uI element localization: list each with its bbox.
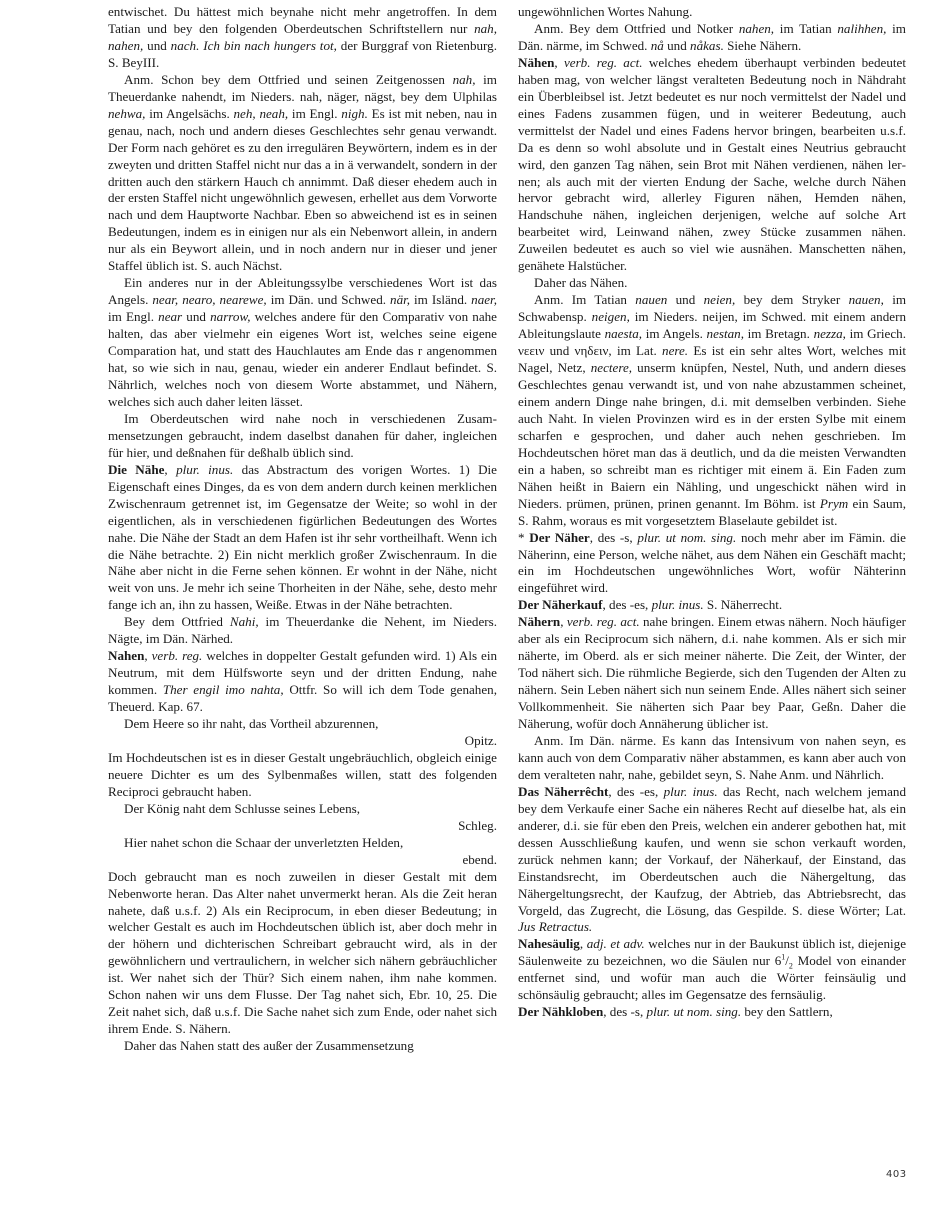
italic-term: plur. inus. xyxy=(664,784,718,799)
paragraph: Anm. Schon bey dem Ottfried und seinen Z… xyxy=(108,72,497,275)
dictionary-entry: Das Näherrêcht, des -es, plur. inus. das… xyxy=(518,784,906,937)
paragraph: Anm. Bey dem Ottfried und Notker nahen, … xyxy=(518,21,906,55)
italic-term: near xyxy=(158,309,182,324)
italic-term: plur. ut nom. sing. xyxy=(637,530,736,545)
text-run: ebend. xyxy=(462,852,497,867)
dictionary-entry: Nähern, verb. reg. act. nahe bringen. Ei… xyxy=(518,614,906,733)
dictionary-entry: Nähen, verb. reg. act. welches ehedem üb… xyxy=(518,55,906,275)
text-run: Doch gebraucht man es noch zuweilen in d… xyxy=(108,869,497,1037)
text-run: Daher das Nähen. xyxy=(534,275,627,290)
italic-term: neigen, xyxy=(592,309,630,324)
paragraph: Daher das Nähen. xyxy=(518,275,906,292)
text-run: im Engl. xyxy=(108,309,158,324)
paragraph: entwischet. Du hättest mich beynahe nich… xyxy=(108,4,497,72)
dictionary-entry: Der Näherkauf, des -es, plur. inus. S. N… xyxy=(518,597,906,614)
italic-term: nere. xyxy=(662,343,688,358)
text-run: im Angelsächs. xyxy=(145,106,233,121)
text-run: Der König naht dem Schlusse seines Leben… xyxy=(124,801,360,816)
text-run: Es ist mit neben, nau in genau, nach, no… xyxy=(108,106,497,274)
text-run: Siehe Nähern. xyxy=(724,38,801,53)
text-run: im Isländ. xyxy=(410,292,471,307)
italic-term: Nahi, xyxy=(230,614,259,629)
italic-term: nestan, xyxy=(707,326,744,341)
dictionary-entry: Nahen, verb. reg. welches in doppelter G… xyxy=(108,648,497,716)
verse-quote: Daher das Nahen statt des außer der Zusa… xyxy=(108,1038,497,1055)
text-run: entwischet. Du hättest mich beynahe nich… xyxy=(108,4,497,36)
italic-term: Prym xyxy=(820,496,848,511)
italic-term: nigh. xyxy=(341,106,368,121)
paragraph: Anm. Im Tatian nauen und neien, bey dem … xyxy=(518,292,906,529)
text-run: , xyxy=(144,648,151,663)
italic-term: nå xyxy=(651,38,664,53)
left-column: entwischet. Du hättest mich beynahe nich… xyxy=(108,4,497,1055)
italic-term: nauen, xyxy=(849,292,884,307)
headword: Nähern xyxy=(518,614,560,629)
headword: Der Näherkauf xyxy=(518,597,603,612)
text-run: * xyxy=(518,530,529,545)
verse-quote: Dem Heere so ihr naht, das Vortheil abzu… xyxy=(108,716,497,733)
text-run: un­serm knüpfen, Nestel, Nuth, und ander… xyxy=(518,360,906,511)
italic-term: neh, neah, xyxy=(234,106,289,121)
italic-term: naer, xyxy=(471,292,497,307)
italic-term: verb. reg. xyxy=(152,648,203,663)
italic-term: narrow, xyxy=(210,309,250,324)
italic-term: near, nearo, nearewe, xyxy=(152,292,266,307)
italic-term: Jus Retractus. xyxy=(518,919,592,934)
text-run: , xyxy=(554,55,564,70)
paragraph: Anm. Im Dän. närme. Es kann das Intensiv… xyxy=(518,733,906,784)
quote-source: Opitz. xyxy=(108,733,497,750)
text-run: und xyxy=(182,309,210,324)
italic-term: plur. inus. xyxy=(652,597,704,612)
text-run: Im Oberdeutschen wird nahe noch in versc… xyxy=(108,411,497,460)
text-run: im Bretagn. xyxy=(744,326,814,341)
page-number: 403 xyxy=(886,1169,907,1180)
italic-term: plur. ut nom. sing. xyxy=(647,1004,742,1019)
text-run: welches ehedem überhaupt verbinden bedeu… xyxy=(518,55,906,273)
dictionary-entry: Nahesäulig, adj. et adv. welches nur in … xyxy=(518,936,906,1004)
text-run: Bey dem Ottfried xyxy=(124,614,230,629)
text-run: Im Hochdeutschen ist es in dieser Gestal… xyxy=(108,750,497,799)
verse-quote: Der König naht dem Schlusse seines Leben… xyxy=(108,801,497,818)
paragraph: Bey dem Ottfried Nahi, im Theuerdanke di… xyxy=(108,614,497,648)
text-run: und xyxy=(143,38,170,53)
text-run: und xyxy=(667,292,703,307)
italic-term: nezza, xyxy=(814,326,846,341)
text-run: Opitz. xyxy=(465,733,497,748)
italic-term: nach. Ich bin nach hungers tot, xyxy=(171,38,337,53)
headword: Der Nähkloben xyxy=(518,1004,603,1019)
headword: Nähen xyxy=(518,55,554,70)
text-run: im Angels. xyxy=(642,326,706,341)
right-column: ungewöhnlichen Wortes Nahung.Anm. Bey de… xyxy=(518,4,906,1021)
text-run: im Engl. xyxy=(288,106,341,121)
italic-term: adj. et adv. xyxy=(587,936,645,951)
paragraph: Im Hochdeutschen ist es in dieser Gestal… xyxy=(108,750,497,801)
text-run: , des -s, xyxy=(590,530,638,545)
text-run: , xyxy=(164,462,176,477)
headword: Die Nähe xyxy=(108,462,164,477)
italic-term: naesta, xyxy=(605,326,642,341)
italic-term: nåkas. xyxy=(690,38,724,53)
italic-term: nectere, xyxy=(591,360,632,375)
headword: Der Näher xyxy=(529,530,589,545)
text-run: Anm. Schon bey dem Ottfried und seinen Z… xyxy=(124,72,453,87)
text-run: Anm. Im Tatian xyxy=(534,292,635,307)
dictionary-entry: Der Nähkloben, des -s, plur. ut nom. sin… xyxy=(518,1004,906,1021)
text-run: Anm. Bey dem Ottfried und Notker xyxy=(534,21,739,36)
text-run: , des -s, xyxy=(603,1004,646,1019)
headword: Nahesäulig xyxy=(518,936,580,951)
quote-source: ebend. xyxy=(108,852,497,869)
italic-term: nauen xyxy=(635,292,667,307)
italic-term: Ther engil imo nahta, xyxy=(163,682,284,697)
italic-term: nehwa, xyxy=(108,106,145,121)
text-run: das Abstractum des vorigen Wortes. 1) Di… xyxy=(108,462,497,613)
text-run: bey den Sattlern, xyxy=(741,1004,833,1019)
verse-quote: Hier nahet schon die Schaar der unverlet… xyxy=(108,835,497,852)
text-run: nahe bringen. Einem etwas nähern. Noch h… xyxy=(518,614,906,731)
headword: Nahen xyxy=(108,648,144,663)
italic-term: verb. reg. act. xyxy=(567,614,640,629)
italic-term: nah, xyxy=(453,72,476,87)
text-run: ungewöhnlichen Wortes Nahung. xyxy=(518,4,692,19)
text-run: das Recht, nach welchem jemand bey dem V… xyxy=(518,784,906,918)
text-run: S. Näherrecht. xyxy=(704,597,783,612)
paragraph: ungewöhnlichen Wortes Nahung. xyxy=(518,4,906,21)
text-run: , des -es, xyxy=(603,597,652,612)
text-run: , xyxy=(580,936,587,951)
italic-term: plur. inus. xyxy=(176,462,233,477)
italic-term: nalih­hen, xyxy=(837,21,886,36)
text-run: und xyxy=(664,38,690,53)
dictionary-entry: * Der Näher, des -s, plur. ut nom. sing.… xyxy=(518,530,906,598)
paragraph: Ein anderes nur in der Ableitungssylbe v… xyxy=(108,275,497,411)
text-run: im Dän. und Schwed. xyxy=(267,292,390,307)
italic-term: neien, xyxy=(704,292,736,307)
text-run: , des -es, xyxy=(608,784,663,799)
headword: Das Näherrêcht xyxy=(518,784,608,799)
text-run: Schleg. xyxy=(458,818,497,833)
text-run: Daher das Nahen statt des außer der Zusa… xyxy=(124,1038,414,1053)
italic-term: nahen, xyxy=(739,21,774,36)
text-run: bey dem Stryker xyxy=(735,292,848,307)
quote-source: Schleg. xyxy=(108,818,497,835)
paragraph: Doch gebraucht man es noch zuweilen in d… xyxy=(108,869,497,1039)
text-run: Hier nahet schon die Schaar der unverlet… xyxy=(124,835,403,850)
italic-term: när, xyxy=(390,292,410,307)
italic-term: verb. reg. act. xyxy=(564,55,643,70)
text-run: im Tatian xyxy=(774,21,837,36)
text-run: , xyxy=(560,614,567,629)
paragraph: Im Oberdeutschen wird nahe noch in versc… xyxy=(108,411,497,462)
text-run: Anm. Im Dän. närme. Es kann das Intensiv… xyxy=(518,733,906,782)
dictionary-entry: Die Nähe, plur. inus. das Abstractum des… xyxy=(108,462,497,615)
text-run: Dem Heere so ihr naht, das Vortheil abzu… xyxy=(124,716,378,731)
